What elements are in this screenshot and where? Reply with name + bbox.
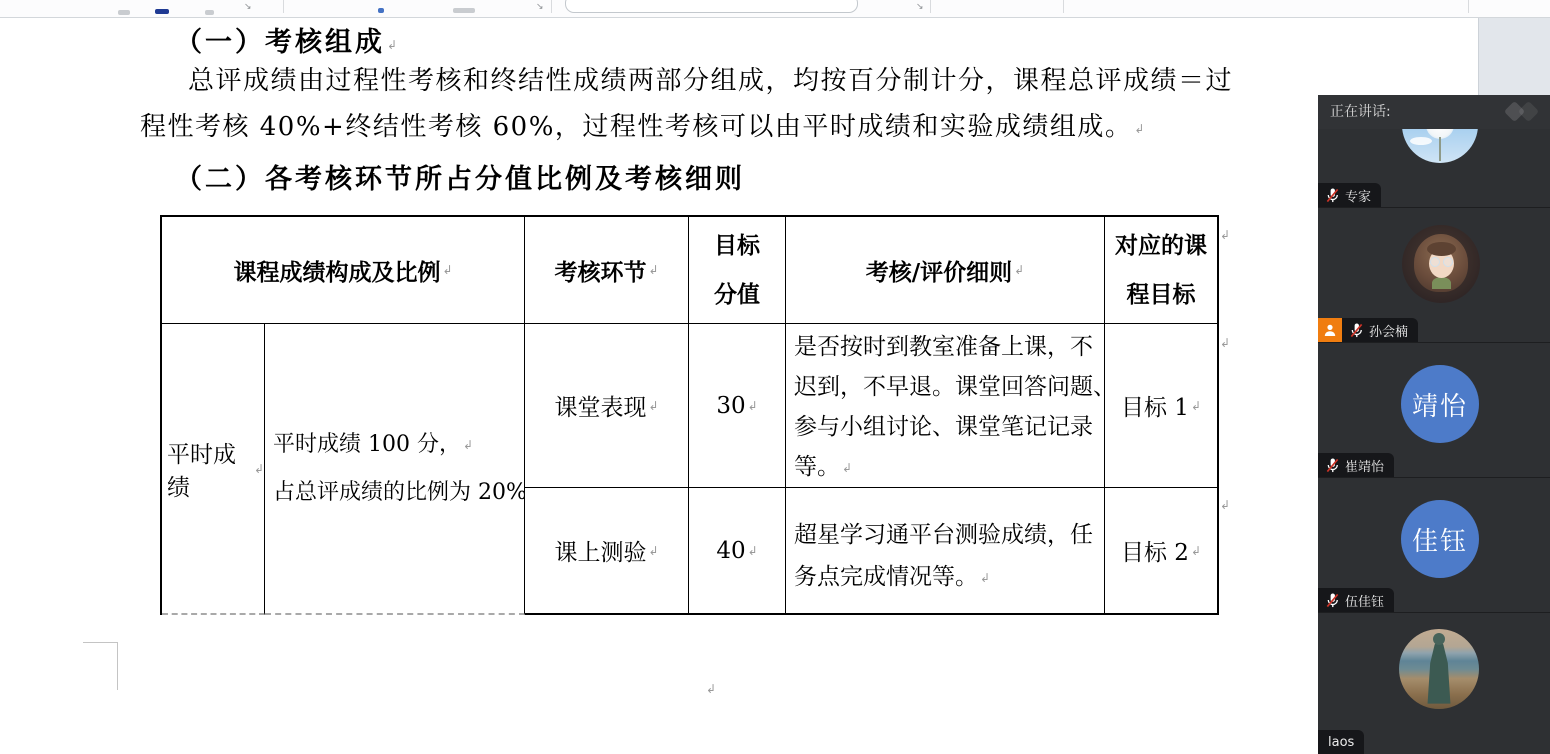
header-text: 程目标 [1127,270,1196,319]
avatar-statue-photo [1399,629,1479,709]
cell-score-r1: 30↲ [689,324,786,488]
avatar-dandelion-photo [1402,129,1478,163]
cell-objective-r2: 目标 2↲ [1105,488,1219,615]
header-text: 考核环节 [554,254,646,287]
mic-muted-icon [1349,322,1364,339]
avatar-initials-text: 佳钰 [1412,521,1468,558]
cell-text: 30 [716,393,745,419]
criteria-line: 等。↲ [794,447,852,488]
avatar-anime-girl-photo [1402,225,1480,303]
cell-text: 课上测验 [554,534,646,567]
cell-text: 占总评成绩的比例为 20%↲ [273,469,539,517]
ribbon-group-divider [283,0,284,13]
paragraph-mark: ↲ [1191,544,1201,558]
doc-heading-1: （一）考核组成↲ [175,20,397,59]
participant-name: 孙会楠 [1369,321,1408,340]
header-text: 分值 [714,270,760,319]
doc-paragraph-line-2: 程性考核 40%+终结性考核 60%，过程性考核可以由平时成绩和实验成绩组成。↲ [140,112,1144,144]
criteria-line: 迟到，不早退。课堂回答问题、 [794,367,1116,407]
paragraph-mark: ↲ [1220,336,1230,350]
ribbon-button-fragment[interactable] [453,8,475,13]
ribbon-group-divider [551,0,552,13]
cell-text: 目标 1 [1121,389,1189,422]
cell-component-r1: 课堂表现↲ [525,324,689,488]
cell-objective-r1: 目标 1↲ [1105,324,1219,488]
table-header-objective: 对应的课 程目标 [1105,217,1219,324]
word-document-page: （一）考核组成↲ 总评成绩由过程性考核和终结性成绩两部分组成，均按百分制计分，课… [0,18,1478,754]
paragraph-mark: ↲ [1220,228,1230,242]
cell-category: 平时成绩↲ [162,324,265,615]
paragraph-mark: ↲ [706,682,716,696]
paragraph-mark: ↲ [748,399,758,413]
cell-text: 40 [716,538,745,564]
font-color-button-fragment[interactable] [155,9,169,14]
ribbon-group-divider [1468,0,1469,13]
desc-line: 占总评成绩的比例为 20% [273,480,527,505]
cell-category-desc: 平时成绩 100 分，↲ 占总评成绩的比例为 20%↲ [265,324,525,615]
cell-criteria-r2: 超星学习通平台测验成绩，任 务点完成情况等。↲ [786,488,1105,615]
paragraph-mark: ↲ [463,438,473,452]
table-header-component: 考核环节↲ [525,217,689,324]
participant-nametag: 专家 [1318,183,1381,207]
cell-text: 平时成绩 100 分，↲ [273,421,473,469]
paragraph-mark: ↲ [842,461,852,475]
cell-text: 课堂表现 [554,389,646,422]
avatar-initials: 靖怡 [1401,365,1479,443]
participant-tile-laos[interactable]: laos [1318,612,1550,754]
criteria-line-text: 等。 [794,454,840,480]
criteria-line: 是否按时到教室准备上课，不 [794,327,1093,367]
paragraph-mark: ↲ [387,38,397,52]
paragraph-mark: ↲ [648,544,658,558]
criteria-line: 超星学习通平台测验成绩，任 [794,514,1093,556]
participant-nametag: 伍佳钰 [1318,588,1394,612]
table-header-criteria: 考核/评价细则↲ [786,217,1105,324]
page-margin-corner-mark [117,642,118,690]
criteria-line-text: 务点完成情况等。 [794,564,978,590]
ribbon-group-divider [1063,0,1064,13]
speaking-now-header: 正在讲话: [1318,95,1550,129]
doc-heading-2: （二）各考核环节所占分值比例及考核细则 [175,157,745,196]
paragraph-mark: ↲ [254,462,264,476]
avatar-initials: 佳钰 [1401,500,1479,578]
criteria-line: 务点完成情况等。↲ [794,556,990,599]
participant-name: laos [1328,735,1354,750]
doc-heading-1-text: （一）考核组成 [175,27,385,58]
page-margin-corner-mark [83,642,118,643]
doc-heading-2-text: （二）各考核环节所占分值比例及考核细则 [175,164,745,195]
speaking-now-label: 正在讲话: [1330,104,1391,120]
assessment-table: 课程成绩构成及比例↲ 考核环节↲ 目标 分值 考核/评价细则↲ 对应的课 程目标… [160,215,1219,615]
participant-nametag: 孙会楠 [1318,318,1418,342]
participant-nametag: 崔靖怡 [1318,453,1394,477]
ribbon-group-divider [930,0,931,13]
dialog-launcher-icon[interactable]: ↘ [916,1,924,13]
paragraph-mark: ↲ [1134,122,1144,136]
participant-name: 崔靖怡 [1345,456,1384,475]
participant-nametag: laos [1318,730,1364,754]
table-header-target-score: 目标 分值 [689,217,786,324]
mic-muted-icon [1325,592,1340,609]
header-text: 对应的课 [1115,221,1207,270]
paragraph-mark: ↲ [648,263,658,277]
dialog-launcher-icon[interactable]: ↘ [536,1,544,13]
paragraph-mark: ↲ [442,263,452,277]
avatar-initials-text: 靖怡 [1412,386,1468,423]
cell-component-r2: 课上测验↲ [525,488,689,615]
participant-tile-zhuanjia[interactable]: 专家 [1318,129,1550,207]
doc-paragraph-line-1: 总评成绩由过程性考核和终结性成绩两部分组成，均按百分制计分，课程总评成绩＝过 [188,66,1233,96]
paragraph-mark: ↲ [648,399,658,413]
paragraph-mark: ↲ [1191,399,1201,413]
participant-tile-sunhuinan[interactable]: 孙会楠 [1318,207,1550,342]
styles-gallery-fragment[interactable] [565,0,858,13]
header-text: 考核/评价细则 [866,254,1012,287]
ribbon-button-fragment[interactable] [118,10,130,15]
participant-tile-wujiayu[interactable]: 佳钰 伍佳钰 [1318,477,1550,612]
criteria-line: 参与小组讨论、课堂笔记记录 [794,407,1093,447]
header-text: 课程成绩构成及比例 [233,254,440,287]
word-ribbon-sliver: ↘ ↘ ↘ [0,0,1550,18]
participant-name: 伍佳钰 [1345,591,1384,610]
doc-paragraph-line-2-text: 程性考核 40%+终结性考核 60%，过程性考核可以由平时成绩和实验成绩组成。 [140,112,1132,142]
table-header-composition: 课程成绩构成及比例↲ [162,217,525,324]
cell-score-r2: 40↲ [689,488,786,615]
ribbon-button-fragment[interactable] [205,10,214,15]
paragraph-mark: ↲ [748,544,758,558]
cell-criteria-r1: 是否按时到教室准备上课，不 迟到，不早退。课堂回答问题、 参与小组讨论、课堂笔记… [786,324,1105,488]
presenter-icon [1318,318,1342,342]
mic-muted-icon [1325,457,1340,474]
mic-muted-icon [1325,187,1340,204]
meeting-panel: 正在讲话: 专家 孙会楠 靖怡 [1318,95,1550,754]
cell-text: 平时成绩 [167,436,252,502]
paragraph-mark: ↲ [1220,498,1230,512]
header-text: 目标 [714,221,760,270]
dialog-launcher-icon[interactable]: ↘ [244,1,252,13]
paragraph-mark: ↲ [1014,263,1024,277]
ribbon-button-fragment[interactable] [378,8,384,13]
meeting-app-logo-icon [1505,101,1545,123]
doc-paragraph-line-1-text: 总评成绩由过程性考核和终结性成绩两部分组成，均按百分制计分，课程总评成绩＝过 [188,66,1233,96]
participant-tile-cuijingyi[interactable]: 靖怡 崔靖怡 [1318,342,1550,477]
desc-line: 平时成绩 100 分， [273,432,461,457]
paragraph-mark: ↲ [980,571,990,585]
participant-name: 专家 [1345,186,1371,205]
cell-text: 目标 2 [1121,534,1189,567]
